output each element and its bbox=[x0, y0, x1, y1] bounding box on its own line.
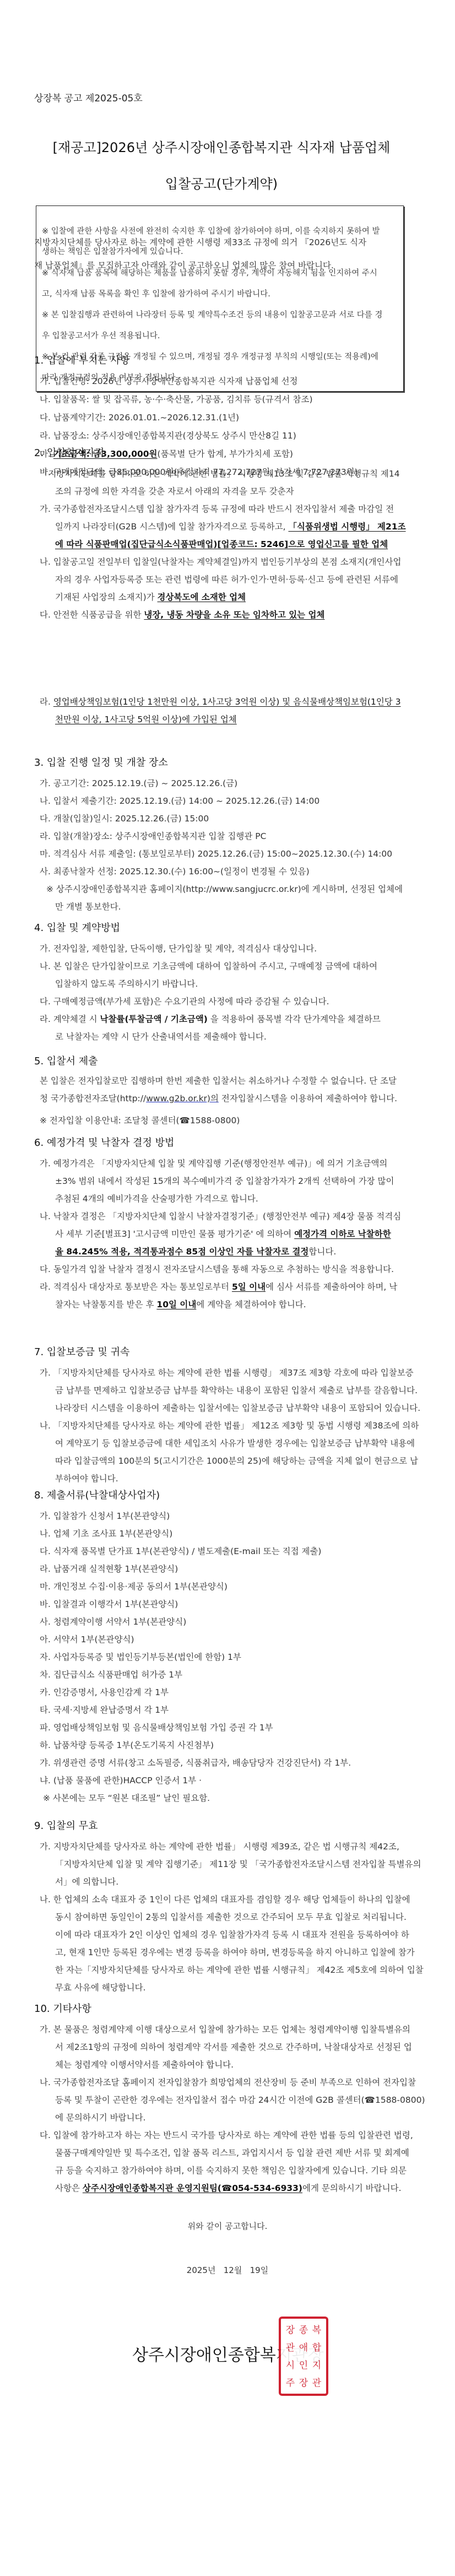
s4-item: 로 낙찰자는 계약 시 단가 산출내역서를 제출해야 합니다. bbox=[55, 1030, 267, 1042]
s10-line: 에 문의하시기 바랍니다. bbox=[55, 2111, 146, 2123]
emphasis: 냉장, 냉동 차량을 소유 또는 임차하고 있는 업체 bbox=[144, 610, 324, 620]
text: 라. 계약체결 시 bbox=[40, 1014, 100, 1024]
s1-item: 가. 입찰건명: 2026년 상주시장애인종합복지관 식자재 납품업체 선정 bbox=[40, 375, 297, 387]
emphasis: 예정가격 이하로 낙찰하한 bbox=[294, 1229, 391, 1239]
s9-line: 한 자는「지방자치단체를 당사자로 하는 계약에 관한 법률 시행규칙」 제42… bbox=[55, 1963, 424, 1976]
text: 라. bbox=[40, 697, 53, 707]
seal-char: 시 bbox=[284, 2357, 297, 2374]
s3-item: 가. 공고기간: 2025.12.19.(금) ~ 2025.12.26.(금) bbox=[40, 777, 237, 789]
seal-char: 애 bbox=[297, 2339, 310, 2357]
page-title-line1: [재공고]2026년 상주시장애인종합복지관 식자재 납품업체 bbox=[34, 138, 409, 158]
s9-line: 가. 지방자치단체를 당사자로 하는 계약에 관한 법률」 시행령 제39조, … bbox=[40, 1840, 399, 1852]
s10-line: 물품구매계약일반 및 특수조건, 입찰 품목 리스트, 과업지시서 등 입찰 관… bbox=[55, 2146, 409, 2158]
s2-ra: 라. 영업배상책임보험(1인당 1천만원 이상, 1사고당 3억원 이상) 및 … bbox=[40, 695, 401, 707]
emphasis: 「식품위생법 시행령」 제21조 bbox=[288, 522, 405, 532]
seal-char: 장 bbox=[297, 2374, 310, 2392]
seal-char: 장 bbox=[284, 2321, 297, 2339]
s10-line: 규 등을 숙지하고 참가하여야 하며, 이를 숙지하지 못한 책임은 입찰자에게… bbox=[55, 2164, 407, 2176]
s1-item: 나. 입찰품목: 쌀 및 잡곡류, 농·수·축산물, 가공품, 김치류 등(규격… bbox=[40, 393, 313, 405]
s6-ga: 가. 예정가격은 「지방자치단체 입찰 및 계약집행 기준(행정안전부 예규)」… bbox=[40, 1157, 387, 1169]
s8-item: 다. 식자재 품목별 단가표 1부(본관양식) / 별도제출(E-mail 또는… bbox=[40, 1545, 321, 1557]
section-9-heading: 9. 입찰의 무효 bbox=[34, 1818, 98, 1832]
section-1-heading: 1. 입찰에 부치는 사항 bbox=[34, 353, 129, 367]
s9-line: 나. 한 업체의 소속 대표자 중 1인이 다른 업체의 대표자를 겸임할 경우… bbox=[40, 1893, 410, 1905]
text: 다. 안전한 식품공급을 위한 bbox=[40, 610, 144, 620]
s10-line-contact: 사항은 상주시장애인종합복지관 운영지원팀(☎054-534-6933)에게 문… bbox=[55, 2182, 402, 2194]
section-5-heading: 5. 입찰서 제출 bbox=[34, 1053, 98, 1068]
s8-item: 갸. 위생관련 증명 서류(창고 소독필증, 식품취급자, 배송담당자 건강진단… bbox=[40, 1756, 351, 1768]
s8-note: ※ 사본에는 모두 “원본 대조필” 날인 필요함. bbox=[43, 1792, 210, 1804]
s9-line: 무효 사유에 해당합니다. bbox=[55, 1981, 146, 1993]
text: 에게 문의하시기 바랍니다. bbox=[302, 2183, 402, 2193]
section-10-heading: 10. 기타사항 bbox=[34, 2001, 91, 2015]
notice-line: ※ 입찰에 관한 사항을 사전에 완전히 숙지한 후 입찰에 참가하여야 하며,… bbox=[42, 225, 400, 236]
s8-item: 파. 영업배상책임보험 및 음식물배상책임보험 가입 증권 각 1부 bbox=[40, 1721, 273, 1733]
s3-item: 다. 개찰(입찰)일시: 2025.12.26.(금) 15:00 bbox=[40, 812, 209, 824]
s5-note: ※ 전자입찰 이용안내: 조달청 콜센터(☎1588-0800) bbox=[40, 1114, 240, 1126]
text: 에 계약을 체결하여야 합니다. bbox=[196, 1300, 306, 1309]
seal-char: 관 bbox=[310, 2374, 323, 2392]
s9-line: 「지방자치단체 입찰 및 계약 집행기준」 제11장 및 「국가종합전자조달시스… bbox=[55, 1858, 421, 1870]
s10-line: 가. 본 물품은 청렴계약제 이행 대상으로서 입찰에 참가하는 모든 업체는 … bbox=[40, 2023, 410, 2035]
s3-note: ※ 상주시장애인종합복지관 홈페이지(http://www.sangjucrc.… bbox=[46, 883, 403, 895]
s4-item: 입찰하지 않도록 주의하시기 바랍니다. bbox=[55, 977, 198, 989]
text: 을 적용하여 품목별 각각 단가계약을 체결하므 bbox=[208, 1014, 381, 1024]
seal-char: 종 bbox=[297, 2321, 310, 2339]
s6-na: 율 84.245% 적용, 적격통과점수 85점 이상인 자를 낙찰자로 결정합… bbox=[55, 1245, 336, 1257]
section-7-heading: 7. 입찰보증금 및 귀속 bbox=[34, 1344, 129, 1359]
emphasis: 5일 이내 bbox=[232, 1282, 266, 1292]
emphasis: 10일 이내 bbox=[156, 1300, 196, 1309]
section-8-heading: 8. 제출서류(낙찰대상사업자) bbox=[34, 1487, 160, 1502]
s8-item: 나. 업체 기초 조사표 1부(본관양식) bbox=[40, 1527, 172, 1539]
s9-line: 고, 현재 1인만 등록된 경우에는 변경 등록을 하여야 하며, 변경등록을 … bbox=[55, 1946, 415, 1958]
text: 전자입찰시스템을 이용하여 제출하여야 합니다. bbox=[219, 1094, 397, 1103]
s4-item: 가. 전자입찰, 제한입찰, 단독이행, 단가입찰 및 계약, 적격심사 대상입… bbox=[40, 942, 317, 954]
text: 사항은 bbox=[55, 2183, 83, 2193]
section-4-heading: 4. 입찰 및 계약방법 bbox=[34, 920, 120, 934]
contact-info: 상주시장애인종합복지관 운영지원팀(☎054-534-6933) bbox=[83, 2183, 302, 2193]
s2-da: 다. 안전한 식품공급을 위한 냉장, 냉동 차량을 소유 또는 임차하고 있는… bbox=[40, 608, 325, 620]
official-seal-icon: 장 종 복 관 애 합 시 인 지 주 장 관 bbox=[279, 2317, 328, 2396]
s2-lead: 조의 규정에 의한 자격을 갖춘 자로서 아래의 자격을 모두 갖춘자 bbox=[55, 485, 294, 497]
s10-line: 체는 청렴계약 이행서약서를 제출하여야 합니다. bbox=[55, 2058, 234, 2070]
emphasis: 영업배상책임보험(1인당 1천만원 이상, 1사고당 3억원 이상) 및 음식물… bbox=[53, 697, 401, 707]
s5-line: 본 입찰은 전자입찰로만 집행하며 한번 제출한 입찰서는 취소하거나 수정할 … bbox=[40, 1074, 397, 1086]
s8-item: 차. 집단급식소 식품판매업 허가증 1부 bbox=[40, 1668, 182, 1680]
emphasis: 율 84.245% 적용, 적격통과점수 85점 이상인 자를 낙찰자로 결정 bbox=[55, 1247, 308, 1257]
announcement-date: 2025년 12월 19일 bbox=[0, 2264, 455, 2276]
notice-line: ※ 본 입찰집행과 관련하여 나라장터 등록 및 계약특수조건 등의 내용이 입… bbox=[42, 309, 400, 320]
s8-item: 하. 납품차량 등록증 1부(온도기록지 사진첨부) bbox=[40, 1739, 214, 1751]
s6-ga: 추첨된 4개의 예비가격을 산술평가한 가격으로 합니다. bbox=[55, 1192, 258, 1204]
g2b-link[interactable]: www.g2b.or.kr)의 bbox=[146, 1094, 219, 1103]
s2-na: 자의 경우 사업자등록증 또는 관련 법령에 따른 허가·인가·면허·등록·신고… bbox=[55, 573, 398, 585]
s9-line: 이에 따라 대표자가 2인 이상인 업체의 경우 입찰참가자격 등록 시 대표자… bbox=[55, 1928, 409, 1940]
notice-line: 고, 식자재 납품 목록을 확인 후 입찰에 참가하여 주시기 바랍니다. bbox=[42, 288, 400, 299]
s1-item: 라. 납품장소: 상주시장애인종합복지관(경상북도 상주시 만산8길 11) bbox=[40, 429, 296, 441]
s3-item-docs-date: 마. 적격심사 서류 제출일: (통보일로부터) 2025.12.26.(금) … bbox=[40, 847, 392, 859]
document-number: 상장복 공고 제2025-05호 bbox=[34, 90, 143, 104]
s10-line: 등록 및 투찰이 곤란한 경우에는 전자입찰서 접수 마감 24시간 이전에 G… bbox=[55, 2093, 425, 2106]
section-2-heading-visible: 2. 입찰참가자격 bbox=[34, 445, 104, 459]
s10-line: 나. 국가종합전자조달 홈페이지 전자입찰참가 희망업체의 전산장비 등 준비 … bbox=[40, 2076, 416, 2088]
text: ※ 상주시장애인종합복지관 홈페이지(http://www.sangjucrc.… bbox=[46, 884, 403, 894]
text: 일까지 나라장터(G2B 시스템)에 입찰 참가자격으로 등록하고, bbox=[55, 522, 288, 532]
s3-note: 만 개별 통보한다. bbox=[55, 900, 121, 912]
s7-line: 금 납부를 면제하고 입찰보증금 납부를 확약하는 내용이 포함된 입찰서 제출… bbox=[55, 1384, 418, 1396]
s3-item: 사. 최종낙찰자 선정: 2025.12.30.(수) 16:00~(일정이 변… bbox=[40, 865, 310, 877]
text: 에 심사 서류를 제출하여야 하며, 낙 bbox=[266, 1282, 397, 1292]
s2-na: 나. 입찰공고일 전일부터 입찰일(낙찰자는 계약체결일)까지 법인등기부상의 … bbox=[40, 555, 401, 567]
s4-item: 나. 본 입찰은 단가입찰이므로 기초금액에 대하여 입찰하여 주시고, 구매예… bbox=[40, 960, 377, 972]
s2-ga: 에 따라 식품판매업(집단급식소식품판매업)[업종코드: 5246]으로 영업신… bbox=[55, 538, 388, 550]
s8-item: 아. 서약서 1부(본관양식) bbox=[40, 1633, 134, 1645]
closing-statement: 위와 같이 공고합니다. bbox=[0, 2220, 455, 2232]
seal-char: 관 bbox=[284, 2339, 297, 2357]
s7-line: 가. 「지방자치단체를 당사자로 하는 계약에 관한 법률 시행령」 제37조 … bbox=[40, 1366, 414, 1378]
seal-char: 인 bbox=[297, 2357, 310, 2374]
s8-item: 가. 입찰참가 신청서 1부(본관양식) bbox=[40, 1509, 170, 1522]
s1-item: 다. 납품계약기간: 2026.01.01.~2026.12.31.(1년) bbox=[40, 411, 239, 423]
seal-char: 지 bbox=[310, 2357, 323, 2374]
s4-item: 라. 계약체결 시 낙찰률(투찰금액 / 기초금액) 을 적용하여 품목별 각각… bbox=[40, 1013, 381, 1025]
seal-char: 주 bbox=[284, 2374, 297, 2392]
text: 청 국가종합전자조달(http:// bbox=[40, 1094, 146, 1103]
s5-line: 청 국가종합전자조달(http://www.g2b.or.kr)의 전자입찰시스… bbox=[40, 1092, 397, 1104]
s8-item: 바. 입찰결과 이행각서 1부(본관양식) bbox=[40, 1598, 178, 1610]
seal-char: 복 bbox=[310, 2321, 323, 2339]
s8-item: 자. 사업자등록증 및 법인등기부등본(법인에 한함) 1부 bbox=[40, 1650, 241, 1663]
text: 사 세부 기준[별표3] '고시금액 미만인 물품 평가기준' 에 의하여 bbox=[55, 1229, 294, 1239]
intro-line: 재 납품업체』를 모집하고자 아래와 같이 공고하오니 업체의 많은 참여 바랍… bbox=[34, 259, 334, 271]
s2-ga: 일까지 나라장터(G2B 시스템)에 입찰 참가자격으로 등록하고, 「식품위생… bbox=[55, 520, 406, 532]
section-6-heading: 6. 예정가격 및 낙찰자 결정 방법 bbox=[34, 1135, 174, 1149]
s6-na: 나. 낙찰자 결정은 「지방자치단체 입찰시 낙찰자결정기준」(행정안전부 예규… bbox=[40, 1210, 401, 1222]
s3-item: 나. 입찰서 제출기간: 2025.12.19.(금) 14:00 ~ 2025… bbox=[40, 794, 319, 807]
s7-line: 여 계약포기 등 입찰보증금에 대한 세입조치 사유가 발생한 경우에는 입찰보… bbox=[55, 1437, 415, 1449]
s3-item: 라. 입찰(개찰)장소: 상주시장애인종합복지관 입찰 집행관 PC bbox=[40, 830, 266, 842]
text: 합니다. bbox=[308, 1247, 336, 1257]
text: 찰자는 낙찰통지를 받은 후 bbox=[55, 1300, 156, 1309]
s8-item: 사. 청렴계약이행 서약서 1부(본관양식) bbox=[40, 1615, 186, 1627]
s2-ra: 천만원 이상, 1사고당 5억원 이상)에 가입된 업체 bbox=[55, 713, 237, 725]
seal-char: 합 bbox=[310, 2339, 323, 2357]
s7-line: 나. 「지방자치단체를 당사자로 하는 계약에 관한 법률」 제12조 제3항 … bbox=[40, 1419, 419, 1431]
s10-line: 서 제2조1항의 규정에 의하여 청렴계약 각서를 제출한 것으로 간주하며, … bbox=[55, 2041, 412, 2053]
text: 기재된 사업장의 소재지)가 bbox=[55, 592, 158, 602]
s7-line: 나라장터 시스템을 이용하여 제출하는 입찰서에는 입찰보증금 납부확약 내용이… bbox=[55, 1401, 420, 1414]
s6-da: 다. 동일가격 입찰 낙찰자 결정시 전자조달시스템을 통해 자동으로 추첨하는… bbox=[40, 1263, 394, 1275]
s2-na: 기재된 사업장의 소재지)가 경상북도에 소재한 업체 bbox=[55, 591, 246, 603]
s4-item: 다. 구매예정금액(부가세 포함)은 수요기관의 사정에 따라 증감될 수 있습… bbox=[40, 995, 329, 1007]
label: (품목별 단가 합계, 부가가치세 포함) bbox=[158, 449, 293, 459]
s8-item: 냐. (납품 물품에 관한)HACCP 인증서 1부 · bbox=[40, 1774, 202, 1786]
s6-ra: 라. 적격심사 대상자로 통보받은 자는 통보일로부터 5일 이내에 심사 서류… bbox=[40, 1280, 397, 1292]
s8-item: 마. 개인정보 수집·이용·제공 동의서 1부(본관양식) bbox=[40, 1580, 227, 1592]
emphasis: 낙찰률(투찰금액 / 기초금액) bbox=[100, 1014, 208, 1024]
s2-lead: 「지방자치단체를 당사자로 하는 계약에 관한 법률」 시행령 제13조 및 같… bbox=[40, 467, 400, 479]
section-3-heading: 3. 입찰 진행 일정 및 개찰 장소 bbox=[34, 755, 168, 769]
s7-line: 부하여야 합니다. bbox=[55, 1472, 118, 1484]
s7-line: 따라 입찰금액의 100분의 5(고시기간은 1000분의 25)에 해당하는 … bbox=[55, 1454, 418, 1466]
s8-item: 카. 인감증명서, 사용인감계 각 1부 bbox=[40, 1686, 169, 1698]
s8-item: 라. 납품거래 실적현황 1부(본관양식) bbox=[40, 1562, 178, 1574]
s6-ra: 찰자는 낙찰통지를 받은 후 10일 이내에 계약을 체결하여야 합니다. bbox=[55, 1298, 306, 1310]
notice-line: 우 입찰공고서가 우선 적용됩니다. bbox=[42, 329, 400, 341]
s9-line: 동시 참여하면 동일인이 2통의 입찰서를 제출한 것으로 간주되어 모두 무효… bbox=[55, 1911, 407, 1923]
s9-line: 서」에 의합니다. bbox=[55, 1875, 118, 1887]
s6-na: 사 세부 기준[별표3] '고시금액 미만인 물품 평가기준' 에 의하여 예정… bbox=[55, 1227, 391, 1240]
s10-line: 다. 입찰에 참가하고자 하는 자는 반드시 국가를 당사자로 하는 계약에 관… bbox=[40, 2129, 413, 2141]
text: 라. 적격심사 대상자로 통보받은 자는 통보일로부터 bbox=[40, 1282, 232, 1292]
emphasis: 경상북도에 소재한 업체 bbox=[158, 592, 246, 602]
page-title-line2: 입찰공고(단가계약) bbox=[34, 174, 409, 194]
s6-ga: ±3% 범위 내에서 작성된 15개의 복수예비가격 중 입찰참가자가 2개씩 … bbox=[55, 1175, 394, 1187]
s2-ga: 가. 국가종합전자조달시스템 입찰 참가자격 등록 규정에 따라 반드시 전자입… bbox=[40, 502, 394, 515]
s8-item: 타. 국세·지방세 완납증명서 각 1부 bbox=[40, 1703, 169, 1715]
intro-line: 지방자치단체를 당사자로 하는 계약에 관한 시행령 제33조 규정에 의거 『… bbox=[34, 236, 366, 248]
